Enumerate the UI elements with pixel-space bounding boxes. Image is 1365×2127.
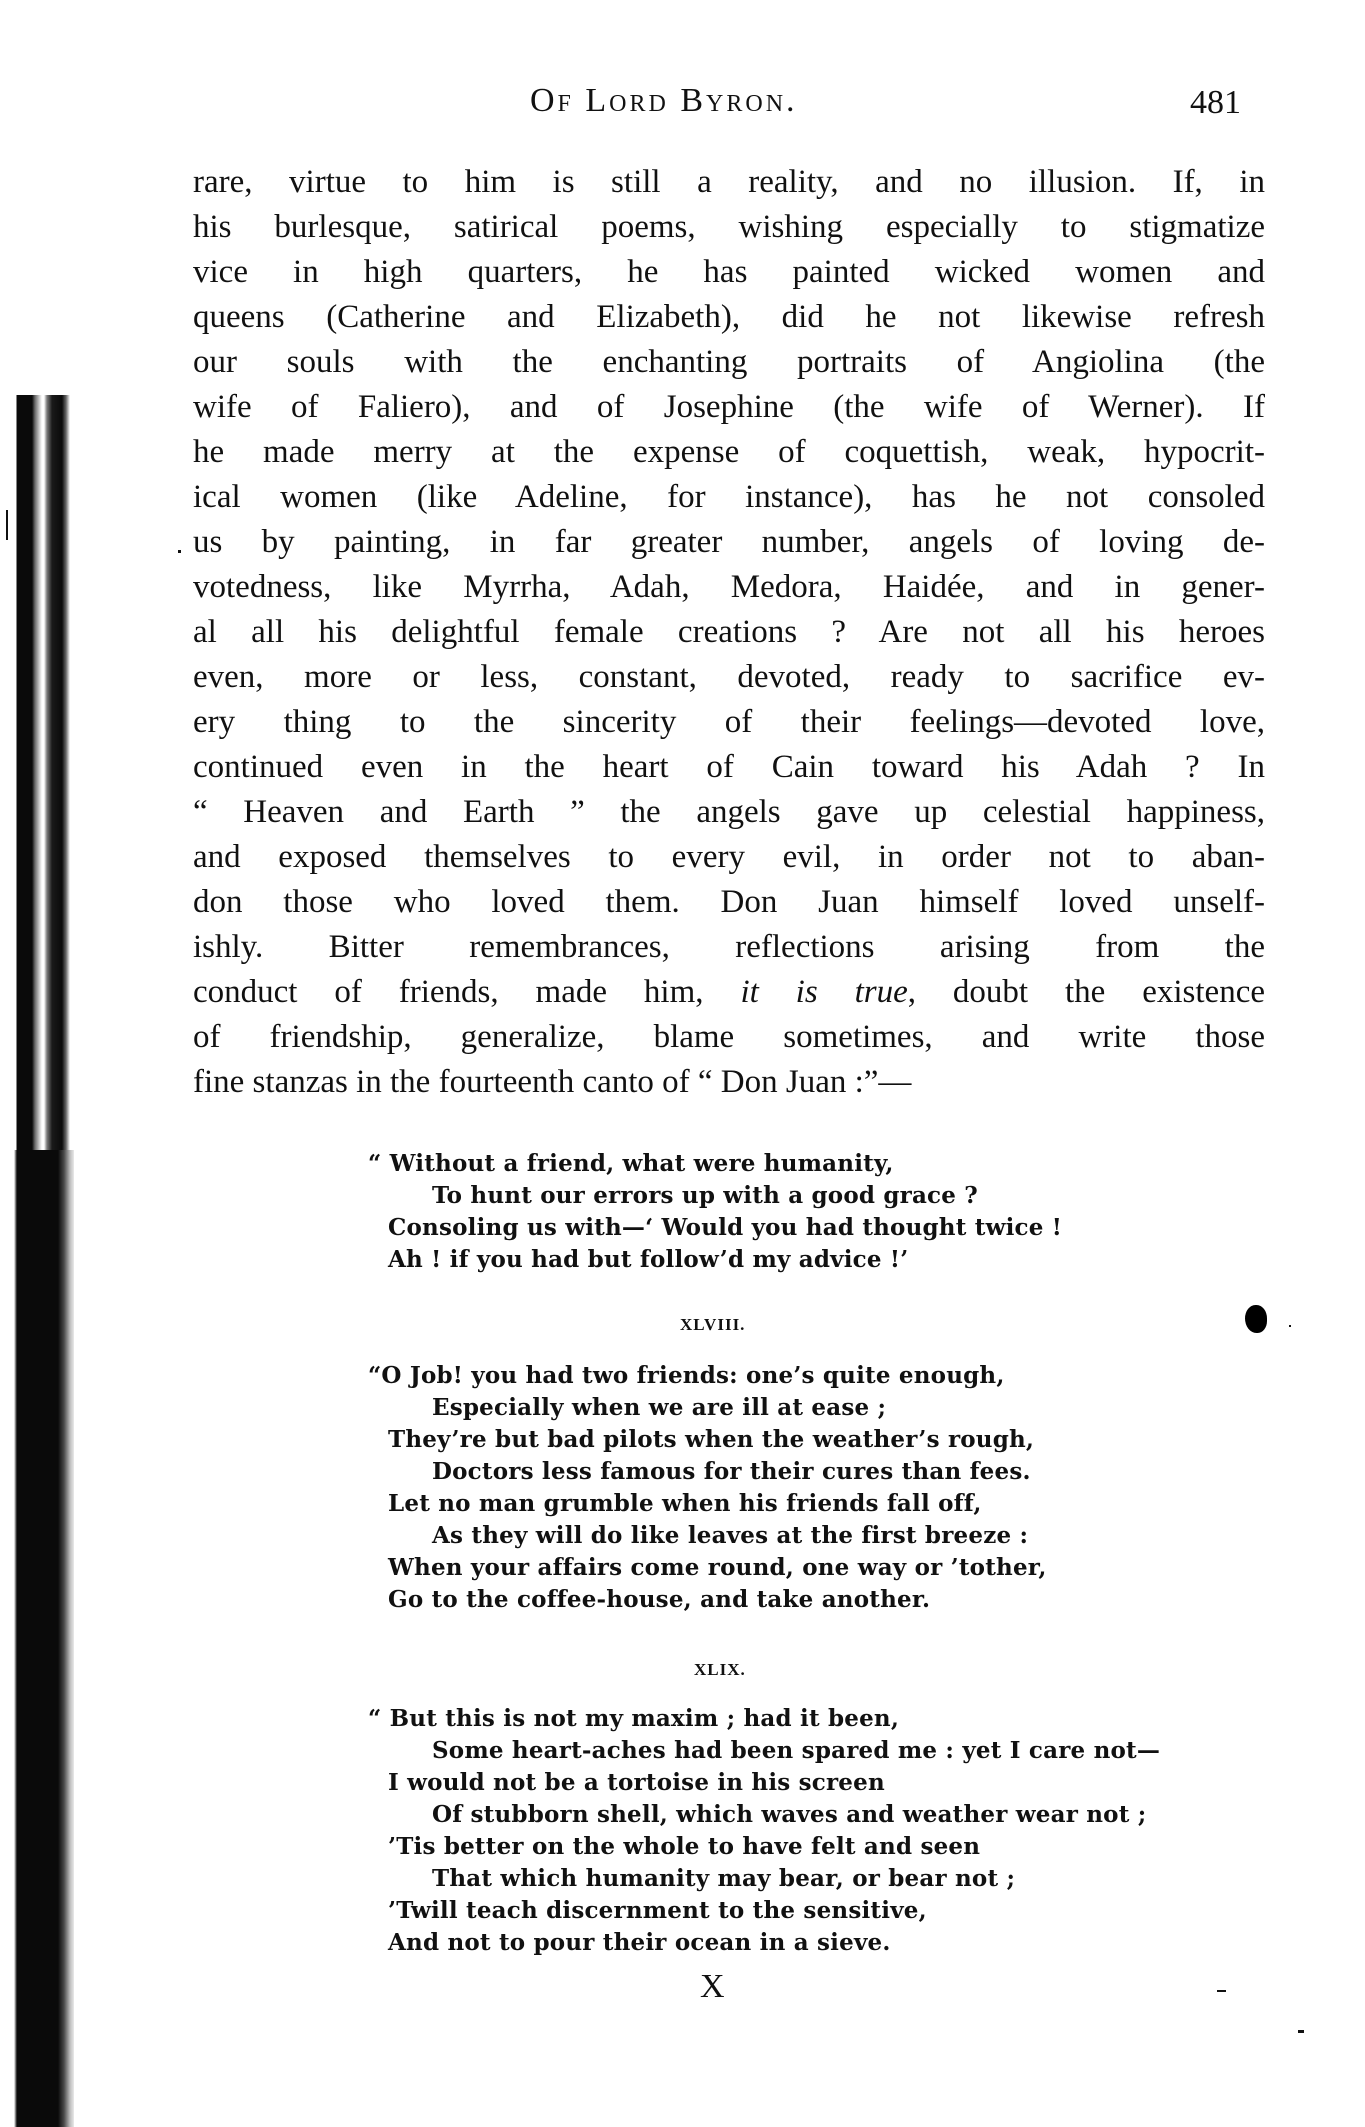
stanza-heading-xlix: XLIX. [694, 1660, 746, 1680]
verse-stanza-xlviii: “O Job! you had two friends: one’s quite… [368, 1360, 1228, 1616]
verse-line: And not to pour their ocean in a sieve. [368, 1927, 1228, 1959]
body-line: don those who loved them. Don Juan himse… [193, 880, 1265, 925]
verse-line: That which humanity may bear, or bear no… [368, 1863, 1228, 1895]
body-line-with-italic: conduct of friends, made him, it is true… [193, 970, 1265, 1015]
page-number: 481 [1190, 84, 1241, 122]
body-line: rare, virtue to him is still a reality, … [193, 160, 1265, 205]
body-text-span: conduct of friends, made him, [193, 974, 740, 1010]
scan-artifact [6, 510, 8, 540]
signature-mark: X [700, 1968, 725, 2006]
italic-phrase: it is true [740, 974, 907, 1010]
verse-line: I would not be a tortoise in his screen [368, 1767, 1228, 1799]
body-line: even, more or less, constant, devoted, r… [193, 655, 1265, 700]
verse-stanza-xlix: “ But this is not my maxim ; had it been… [368, 1703, 1228, 1959]
body-line: ery thing to the sincerity of their feel… [193, 700, 1265, 745]
body-line: “ Heaven and Earth ” the angels gave up … [193, 790, 1265, 835]
body-line: fine stanzas in the fourteenth canto of … [193, 1060, 1265, 1105]
book-page: Of Lord Byron. 481 rare, virtue to him i… [0, 0, 1365, 2127]
scan-speck [1217, 1990, 1226, 1992]
body-line: continued even in the heart of Cain towa… [193, 745, 1265, 790]
running-head: Of Lord Byron. [530, 82, 798, 120]
verse-line: Doctors less famous for their cures than… [368, 1456, 1228, 1488]
verse-stanza-intro: “ Without a friend, what were humanity,T… [368, 1148, 1228, 1276]
verse-line: Let no man grumble when his friends fall… [368, 1488, 1228, 1520]
stanza-heading-xlviii: XLVIII. [680, 1315, 745, 1335]
body-line: our souls with the enchanting portraits … [193, 340, 1265, 385]
body-line: queens (Catherine and Elizabeth), did he… [193, 295, 1265, 340]
verse-line: Consoling us with—‘ Would you had though… [368, 1212, 1228, 1244]
body-line: and exposed themselves to every evil, in… [193, 835, 1265, 880]
body-line: his burlesque, satirical poems, wishing … [193, 205, 1265, 250]
scan-speck [1298, 2030, 1304, 2033]
verse-line: They’re but bad pilots when the weather’… [368, 1424, 1228, 1456]
scan-speck [178, 550, 181, 553]
body-line: ishly. Bitter remembrances, reflections … [193, 925, 1265, 970]
verse-line: “ But this is not my maxim ; had it been… [368, 1703, 1228, 1735]
body-line: us by painting, in far greater number, a… [193, 520, 1265, 565]
verse-line: “O Job! you had two friends: one’s quite… [368, 1360, 1228, 1392]
verse-line: To hunt our errors up with a good grace … [368, 1180, 1228, 1212]
body-line: of friendship, generalize, blame sometim… [193, 1015, 1265, 1060]
verse-line: Especially when we are ill at ease ; [368, 1392, 1228, 1424]
verse-line: “ Without a friend, what were humanity, [368, 1148, 1228, 1180]
verse-line: ’Tis better on the whole to have felt an… [368, 1831, 1228, 1863]
body-line: vice in high quarters, he has painted wi… [193, 250, 1265, 295]
body-line: ical women (like Adeline, for instance),… [193, 475, 1265, 520]
ink-blot [1245, 1305, 1267, 1333]
body-text-span: , doubt the existence [908, 974, 1265, 1010]
verse-line: Some heart-aches had been spared me : ye… [368, 1735, 1228, 1767]
body-paragraph: rare, virtue to him is still a reality, … [193, 160, 1265, 1105]
binding-shadow-lower [14, 1150, 74, 2127]
verse-line: Go to the coffee-house, and take another… [368, 1584, 1228, 1616]
body-line: he made merry at the expense of coquetti… [193, 430, 1265, 475]
body-line: wife of Faliero), and of Josephine (the … [193, 385, 1265, 430]
verse-line: Of stubborn shell, which waves and weath… [368, 1799, 1228, 1831]
scan-speck [1289, 1325, 1291, 1327]
body-line: al all his delightful female creations ?… [193, 610, 1265, 655]
verse-line: Ah ! if you had but follow’d my advice !… [368, 1244, 1228, 1276]
verse-line: When your affairs come round, one way or… [368, 1552, 1228, 1584]
verse-line: ’Twill teach discernment to the sensitiv… [368, 1895, 1228, 1927]
body-line: votedness, like Myrrha, Adah, Medora, Ha… [193, 565, 1265, 610]
verse-line: As they will do like leaves at the first… [368, 1520, 1228, 1552]
